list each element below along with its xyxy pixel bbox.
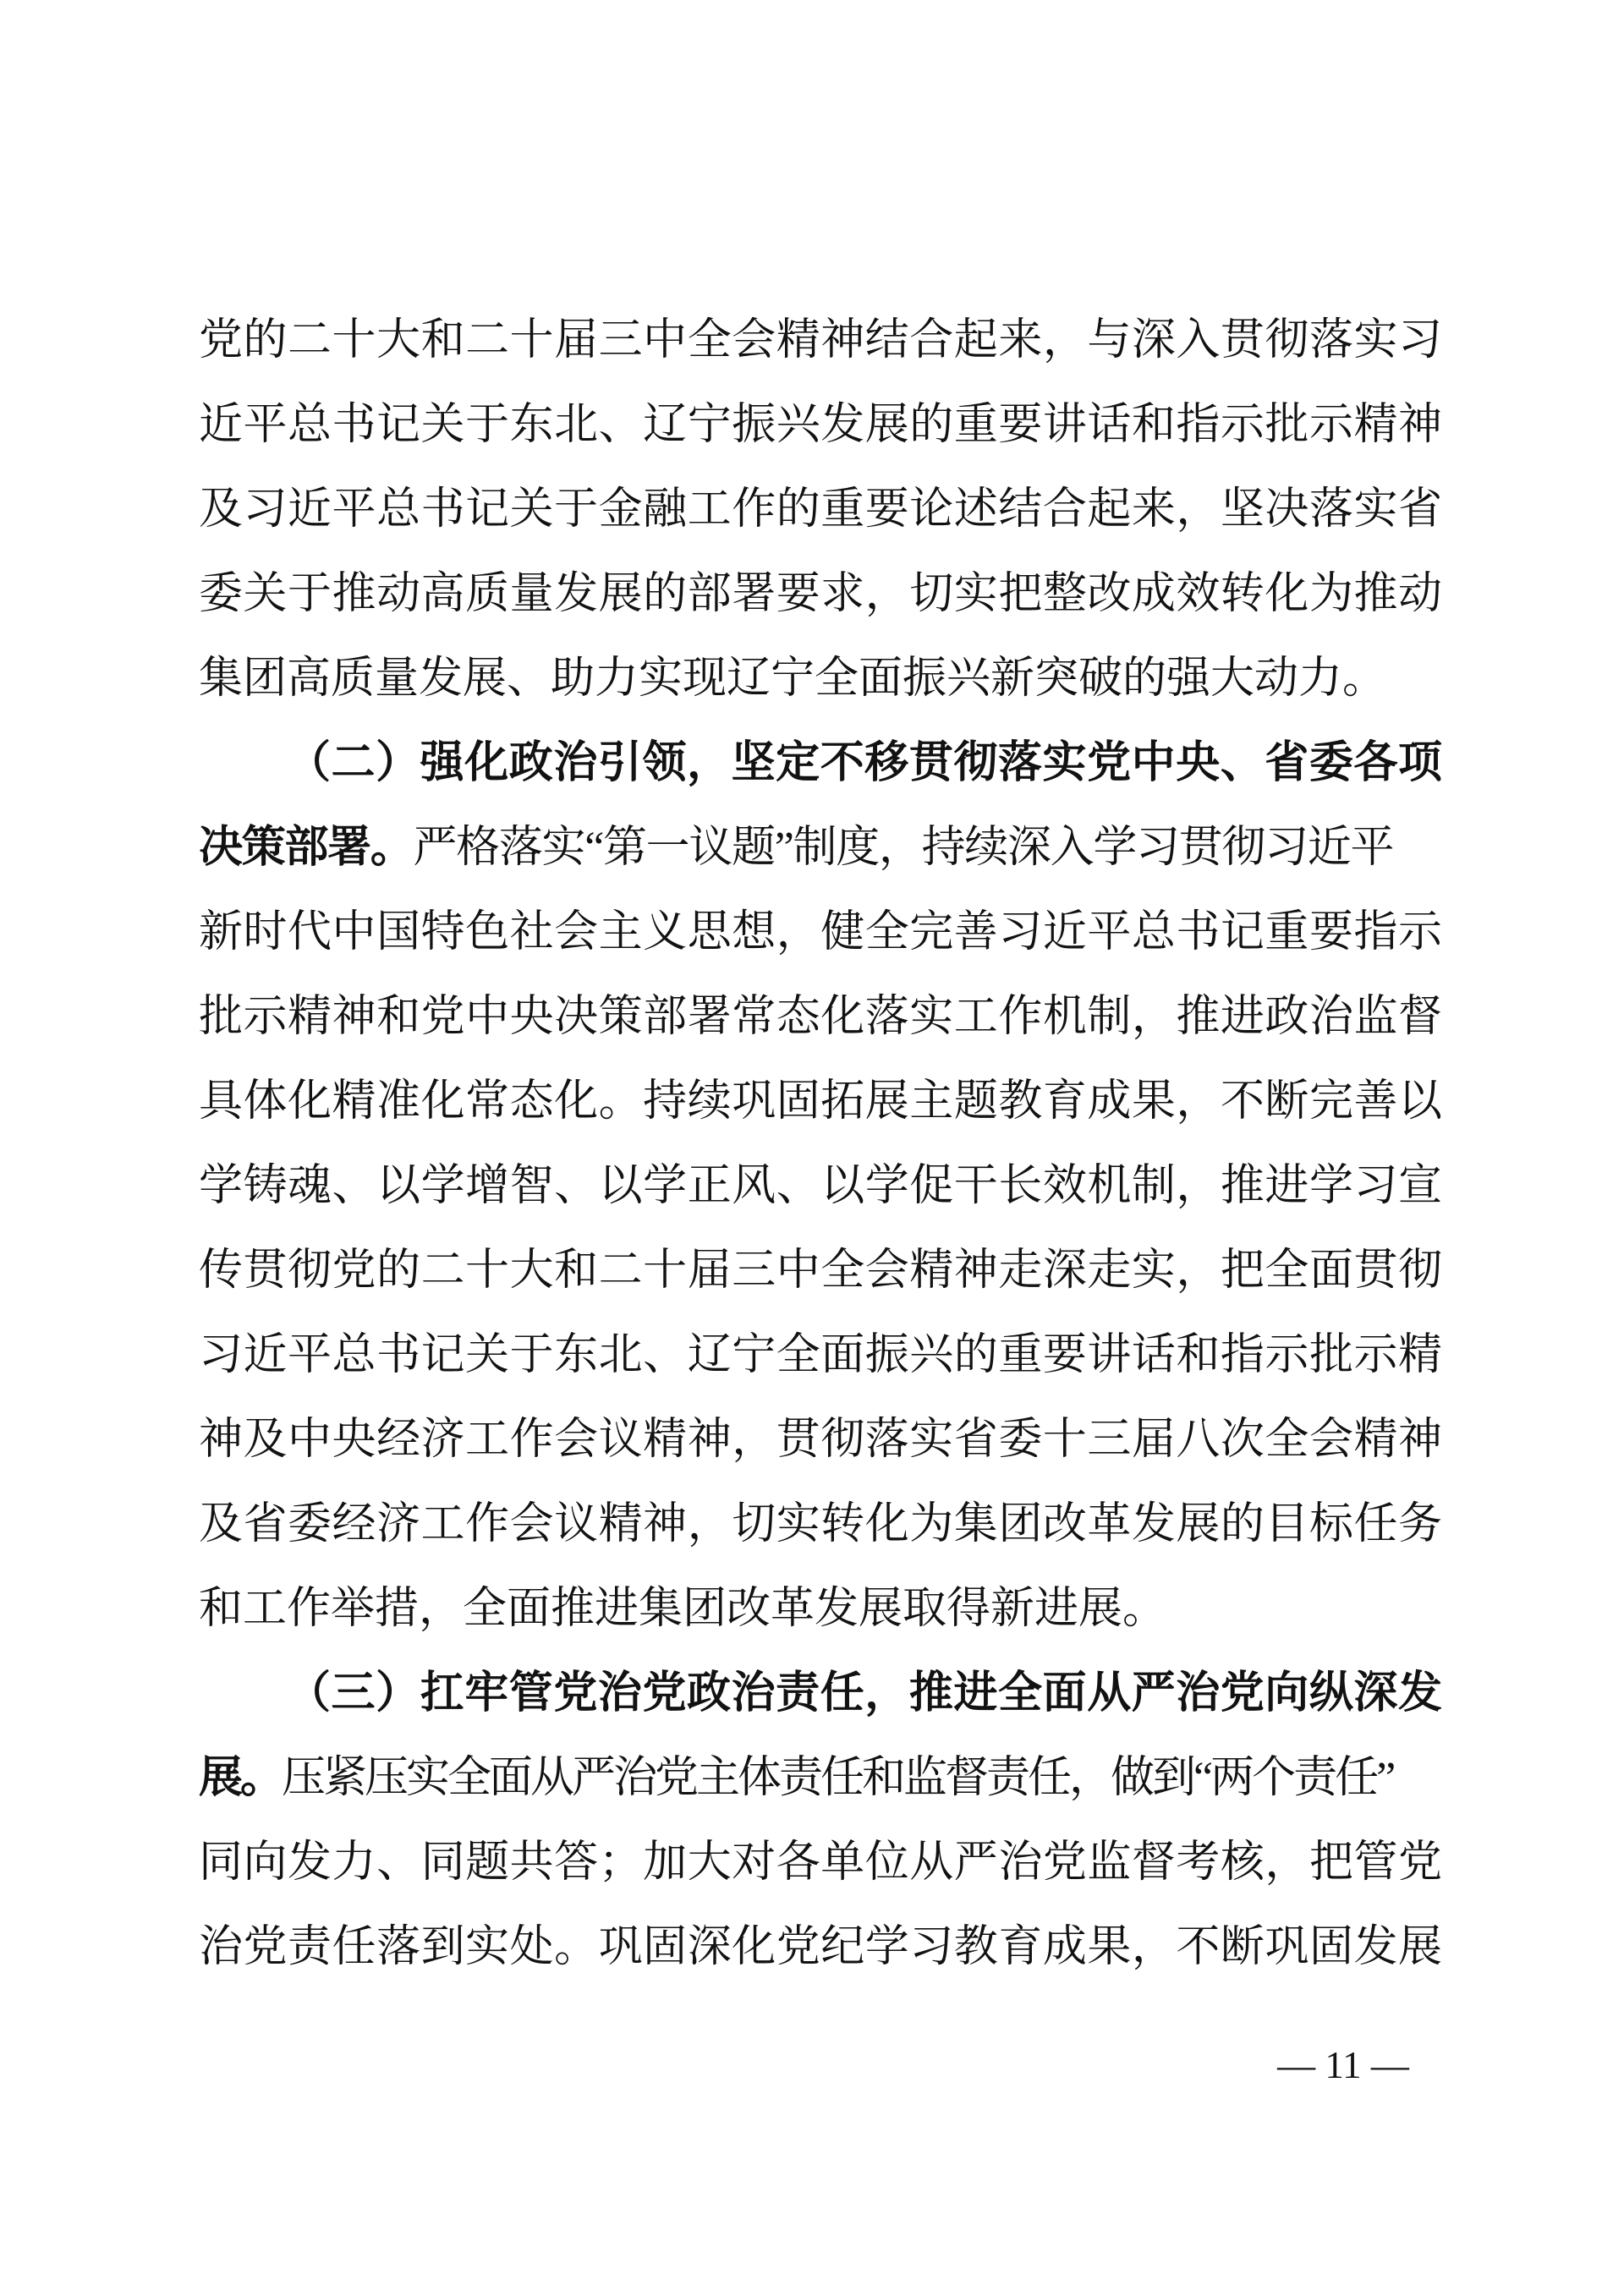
text-line: 神及中央经济工作会议精神，贯彻落实省委十三届八次全会精神 xyxy=(199,1398,1442,1482)
text-line: 近平总书记关于东北、辽宁振兴发展的重要讲话和指示批示精神 xyxy=(199,383,1442,468)
body-text: 近平总书记关于东北、辽宁振兴发展的重要讲话和指示批示精神 xyxy=(199,401,1442,449)
body-text: 神及中央经济工作会议精神，贯彻落实省委十三届八次全会精神 xyxy=(199,1416,1442,1464)
text-line: 党的二十大和二十届三中全会精神结合起来，与深入贯彻落实习 xyxy=(199,299,1442,383)
heading-text: 决策部署。 xyxy=(199,824,413,872)
document-page: 党的二十大和二十届三中全会精神结合起来，与深入贯彻落实习近平总书记关于东北、辽宁… xyxy=(0,0,1624,2296)
text-line: 具体化精准化常态化。持续巩固拓展主题教育成果，不断完善以 xyxy=(199,1060,1442,1144)
body-text: 及习近平总书记关于金融工作的重要论述结合起来，坚决落实省 xyxy=(199,485,1442,534)
text-line: （三）扛牢管党治党政治责任，推进全面从严治党向纵深发 xyxy=(199,1652,1442,1736)
body-text: 具体化精准化常态化。持续巩固拓展主题教育成果，不断完善以 xyxy=(199,1077,1442,1126)
text-line: 及习近平总书记关于金融工作的重要论述结合起来，坚决落实省 xyxy=(199,468,1442,552)
document-lines: 党的二十大和二十届三中全会精神结合起来，与深入贯彻落实习近平总书记关于东北、辽宁… xyxy=(199,299,1442,1990)
body-text: 习近平总书记关于东北、辽宁全面振兴的重要讲话和指示批示精 xyxy=(199,1331,1442,1379)
body-text: 集团高质量发展、助力实现辽宁全面振兴新突破的强大动力。 xyxy=(199,655,1386,703)
body-text: 严格落实“第一议题”制度，持续深入学习贯彻习近平 xyxy=(413,824,1393,872)
body-text: 压紧压实全面从严治党主体责任和监督责任，做到“两个责任” xyxy=(282,1754,1393,1802)
body-text: 委关于推动高质量发展的部署要求，切实把整改成效转化为推动 xyxy=(199,570,1442,618)
body-text: 新时代中国特色社会主义思想，健全完善习近平总书记重要指示 xyxy=(199,908,1442,956)
text-line: 和工作举措，全面推进集团改革发展取得新进展。 xyxy=(199,1567,1442,1652)
text-line: 及省委经济工作会议精神，切实转化为集团改革发展的目标任务 xyxy=(199,1482,1442,1567)
text-line: 新时代中国特色社会主义思想，健全完善习近平总书记重要指示 xyxy=(199,890,1442,975)
heading-text: 展。 xyxy=(199,1754,282,1802)
body-text: 传贯彻党的二十大和二十届三中全会精神走深走实，把全面贯彻 xyxy=(199,1247,1442,1295)
text-line: （二）强化政治引领，坚定不移贯彻落实党中央、省委各项 xyxy=(199,721,1442,806)
body-text: 治党责任落到实处。巩固深化党纪学习教育成果，不断巩固发展 xyxy=(199,1923,1442,1971)
body-text: 党的二十大和二十届三中全会精神结合起来，与深入贯彻落实习 xyxy=(199,316,1442,364)
text-line: 同向发力、同题共答；加大对各单位从严治党监督考核，把管党 xyxy=(199,1821,1442,1905)
heading-text: （二）强化政治引领，坚定不移贯彻落实党中央、省委各项 xyxy=(287,739,1442,787)
text-line: 习近平总书记关于东北、辽宁全面振兴的重要讲话和指示批示精 xyxy=(199,1313,1442,1398)
text-line: 展。压紧压实全面从严治党主体责任和监督责任，做到“两个责任” xyxy=(199,1736,1442,1821)
text-line: 委关于推动高质量发展的部署要求，切实把整改成效转化为推动 xyxy=(199,552,1442,637)
heading-text: （三）扛牢管党治党政治责任，推进全面从严治党向纵深发 xyxy=(287,1669,1442,1718)
body-text: 和工作举措，全面推进集团改革发展取得新进展。 xyxy=(199,1585,1166,1633)
body-text: 批示精神和党中央决策部署常态化落实工作机制，推进政治监督 xyxy=(199,993,1442,1041)
body-text: 学铸魂、以学增智、以学正风、以学促干长效机制，推进学习宣 xyxy=(199,1162,1442,1210)
body-text: 同向发力、同题共答；加大对各单位从严治党监督考核，把管党 xyxy=(199,1838,1442,1887)
page-number: — 11 — xyxy=(1242,2040,1445,2091)
text-line: 批示精神和党中央决策部署常态化落实工作机制，推进政治监督 xyxy=(199,975,1442,1060)
text-line: 治党责任落到实处。巩固深化党纪学习教育成果，不断巩固发展 xyxy=(199,1905,1442,1990)
body-text: 及省委经济工作会议精神，切实转化为集团改革发展的目标任务 xyxy=(199,1500,1442,1548)
text-line: 决策部署。严格落实“第一议题”制度，持续深入学习贯彻习近平 xyxy=(199,806,1442,890)
text-line: 学铸魂、以学增智、以学正风、以学促干长效机制，推进学习宣 xyxy=(199,1144,1442,1229)
text-line: 集团高质量发展、助力实现辽宁全面振兴新突破的强大动力。 xyxy=(199,637,1442,721)
text-line: 传贯彻党的二十大和二十届三中全会精神走深走实，把全面贯彻 xyxy=(199,1229,1442,1313)
